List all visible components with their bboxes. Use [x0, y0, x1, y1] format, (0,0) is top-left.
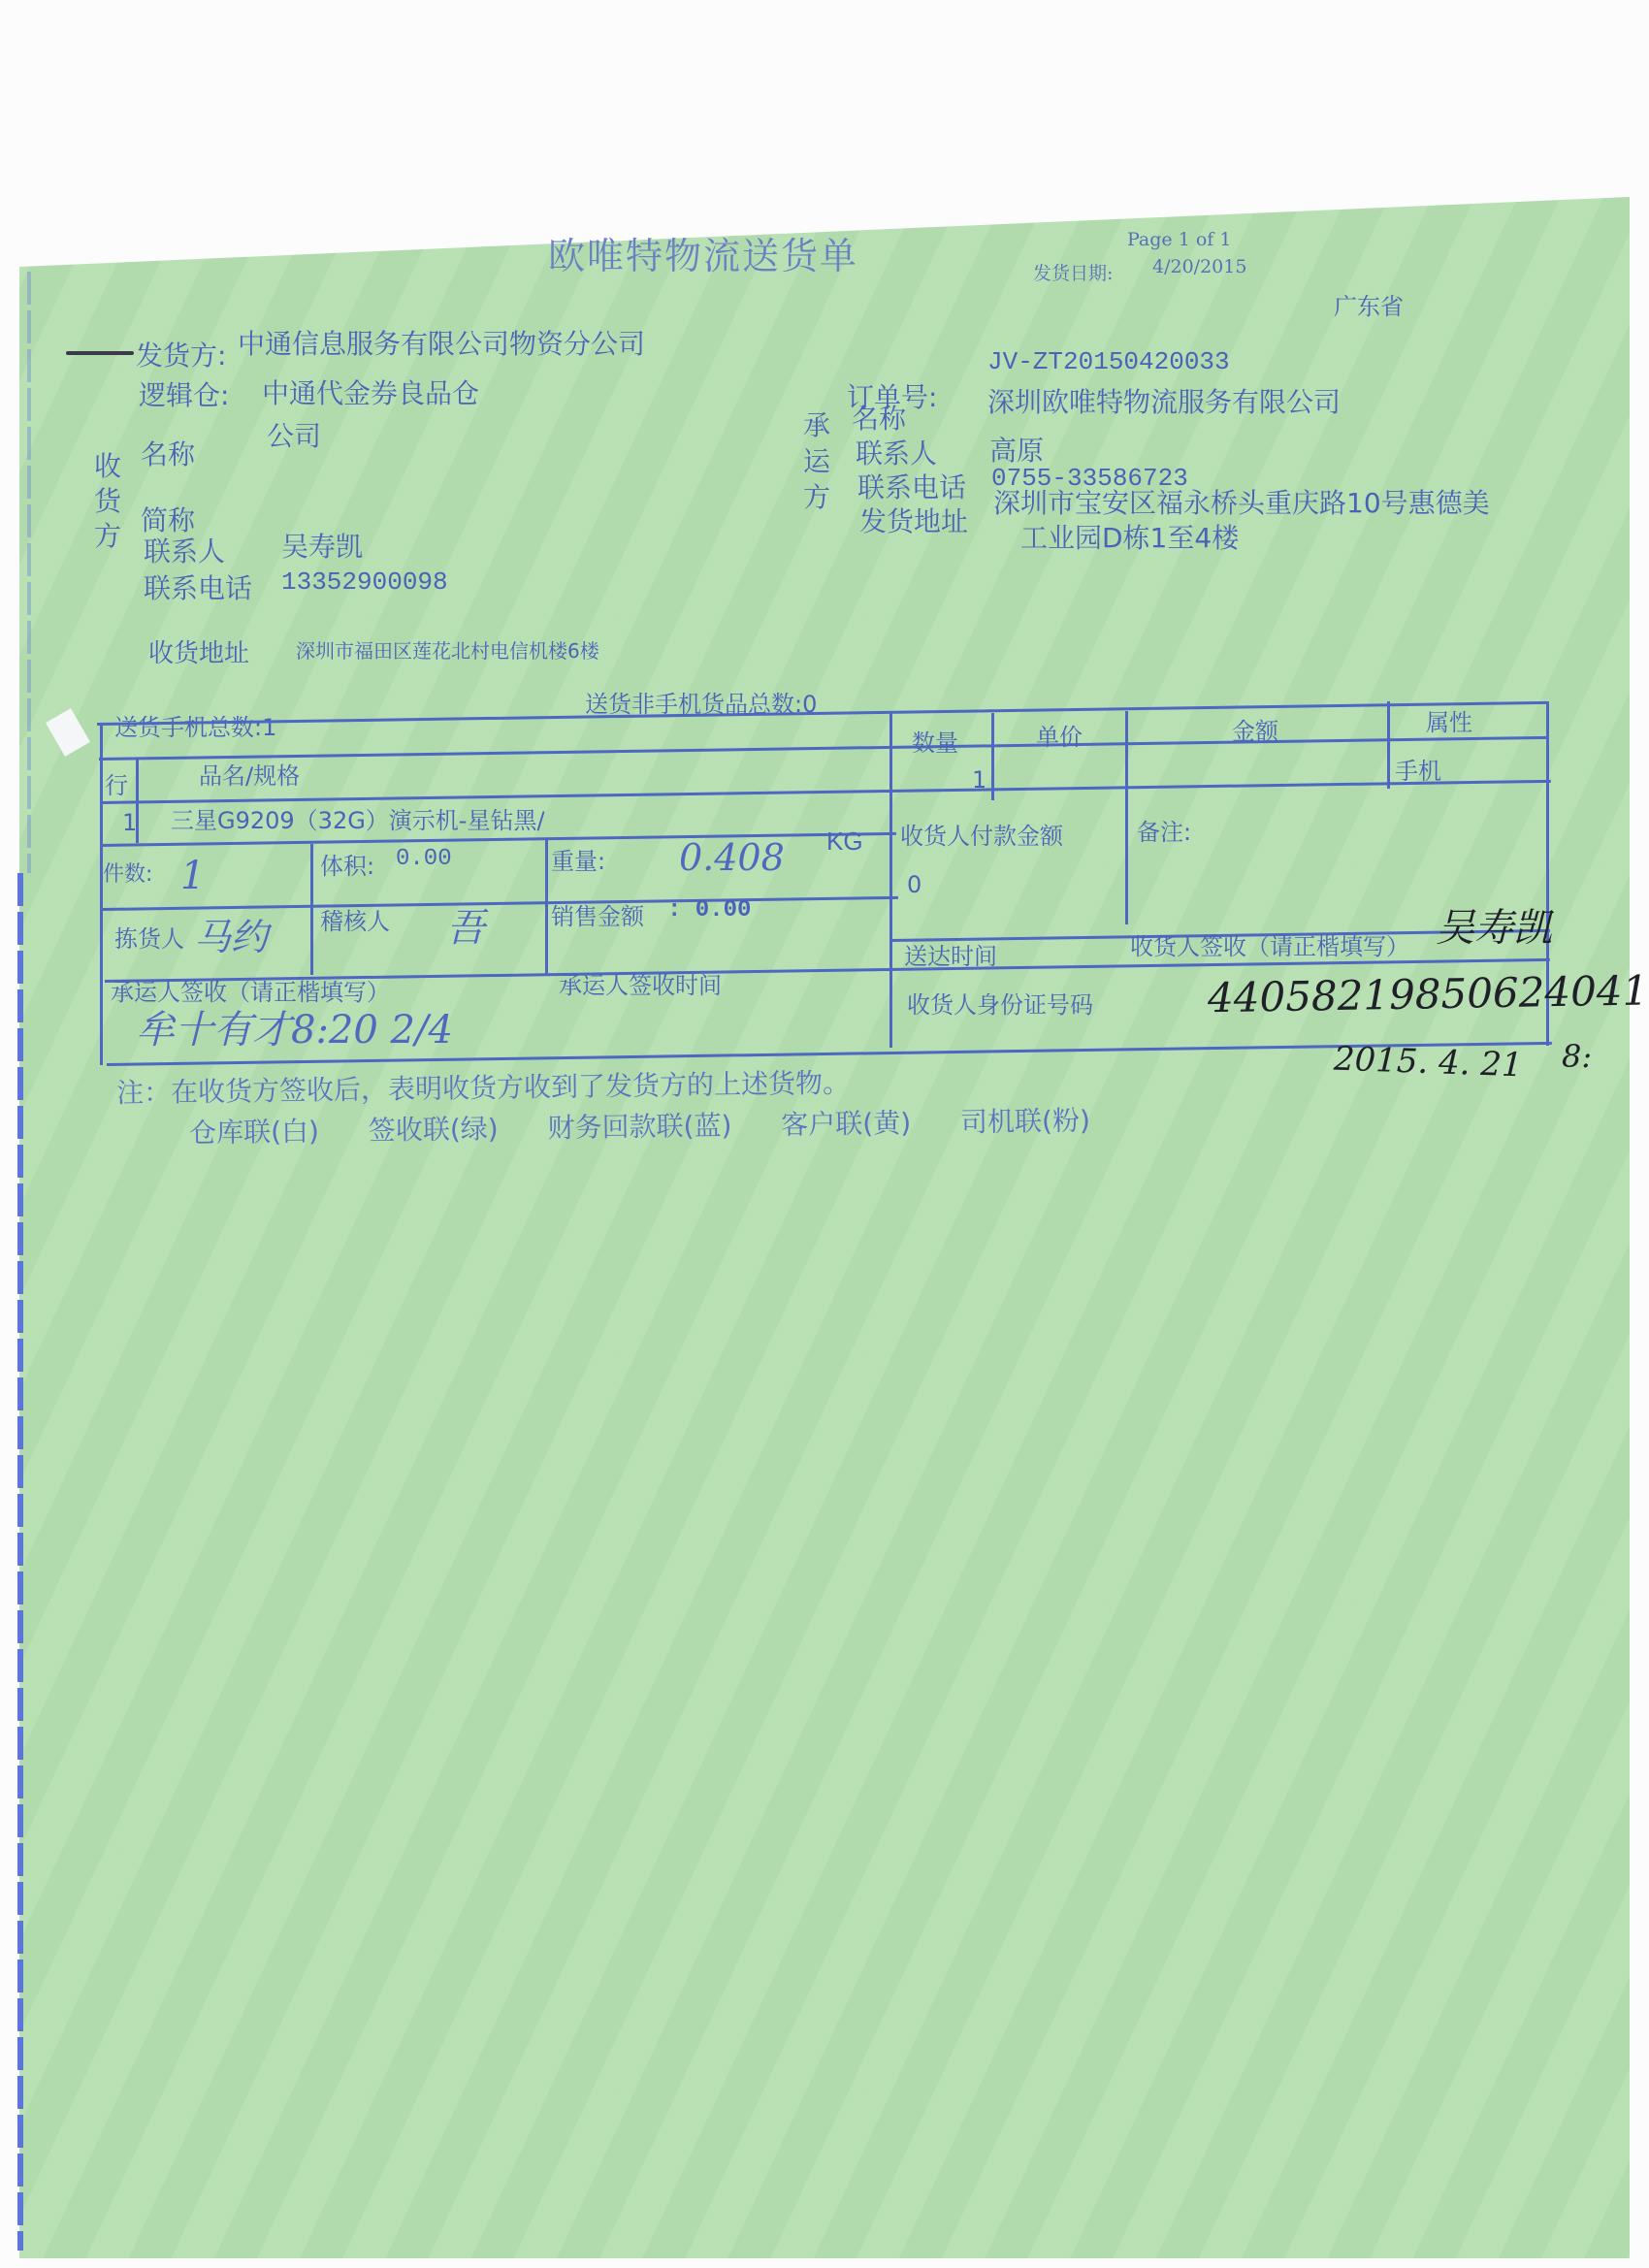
receiver-id-label: 收货人身份证号码 [907, 986, 1093, 1020]
col-divider-weight [545, 840, 548, 976]
header-qty: 数量 [912, 724, 958, 758]
col-divider-volume [310, 844, 313, 975]
ship-date-label: 发货日期: [1033, 259, 1113, 285]
carrier-name-label: 名称 [852, 398, 906, 437]
table-border-left [100, 723, 103, 1065]
receiver-id-number: 440582198506240416. [1208, 966, 1649, 1022]
total-phones: 送货手机总数:1 [114, 708, 276, 742]
remarks-label: 备注: [1137, 813, 1191, 847]
consignee-contact-label: 联系人 [144, 531, 225, 569]
row-item: 三星G9209（32G）演示机-星钻黑/ [171, 801, 545, 835]
shipper-label: 发货方: [136, 335, 226, 373]
receiver-sign-label: 收货人签收（请正楷填写） [1130, 927, 1409, 961]
header-attribute: 属性 [1426, 703, 1472, 737]
sales-amount-label: 销售金额 [551, 897, 644, 931]
copy-receipt: 签收联(绿) [369, 1113, 499, 1147]
row-qty: 1 [972, 766, 986, 794]
carrier-phone-label: 联系电话 [857, 467, 966, 505]
carrier-contact-label: 联系人 [856, 433, 937, 471]
col-divider-attr [1387, 701, 1390, 789]
perforation-edge-top [27, 272, 31, 873]
picker-signature: 马约 [194, 907, 268, 960]
pen-mark [66, 351, 134, 355]
row-attribute: 手机 [1395, 752, 1441, 786]
col-divider-price [991, 713, 994, 800]
copy-finance: 财务回款联(蓝) [547, 1110, 731, 1145]
carrier-section-label: 承运方 [801, 407, 832, 515]
volume-label: 体积: [320, 847, 374, 881]
sales-amount-value: : 0.00 [667, 897, 751, 923]
carrier-address-line1: 深圳市宝安区福永桥头重庆路10号惠德美 [993, 482, 1490, 521]
consignee-address: 深圳市福田区莲花北村电信机楼6楼 [296, 635, 599, 664]
header-unit-price: 单价 [1036, 718, 1083, 752]
copy-driver: 司机联(粉) [960, 1105, 1090, 1139]
receipt-time: 8: [1562, 1038, 1592, 1075]
auditor-signature: 吾 [446, 897, 485, 953]
volume-value: 0.00 [396, 846, 452, 872]
consignee-phone-label: 联系电话 [144, 567, 252, 606]
consignee-name-label: 名称 [141, 434, 195, 472]
consignee-address-label: 收货地址 [148, 633, 249, 669]
document-title: 欧唯特物流送货单 [548, 226, 858, 279]
consignee-contact: 吴寿凯 [281, 526, 363, 565]
copy-warehouse: 仓库联(白) [189, 1116, 319, 1150]
carrier-signature: 牟十有才8:20 2/4 [136, 999, 453, 1054]
warehouse-label: 逻辑仓: [139, 374, 229, 413]
auditor-label: 稽核人 [320, 902, 390, 936]
payment-label: 收货人付款金额 [900, 817, 1063, 851]
header-amount: 金额 [1232, 712, 1278, 746]
carrier-name: 深圳欧唯特物流服务有限公司 [987, 381, 1341, 420]
payment-value: 0 [907, 871, 921, 898]
consignee-name: 公司 [267, 415, 321, 454]
carrier-contact: 高原 [989, 430, 1044, 469]
copy-customer: 客户联(黄) [781, 1107, 911, 1141]
consignee-phone: 13352900098 [281, 567, 448, 597]
carrier-address-label: 发货地址 [859, 501, 968, 539]
delivery-time-label: 送达时间 [904, 937, 997, 971]
row-number: 1 [122, 809, 137, 836]
warehouse-name: 中通代金券良品仓 [262, 373, 479, 411]
pieces-label: 件数: [103, 858, 152, 888]
weight-value: 0.408 [679, 836, 785, 879]
carrier-sign-time-label: 承运人签收时间 [559, 966, 722, 1000]
col-divider-amount [1125, 711, 1128, 924]
receipt-date: 2015. 4. 21 [1333, 1040, 1523, 1085]
pieces-value: 1 [180, 854, 205, 898]
page-indicator: Page 1 of 1 [1127, 229, 1231, 250]
picker-label: 拣货人 [114, 920, 184, 954]
perforation-edge [17, 873, 23, 2251]
province: 广东省 [1334, 287, 1404, 321]
shipper-name: 中通信息服务有限公司物资分公司 [238, 323, 645, 362]
col-divider-qty [889, 713, 892, 1048]
header-item: 品名/规格 [199, 757, 300, 791]
receiver-signature: 吴寿凯 [1436, 897, 1552, 953]
consignee-section-label: 收货方 [92, 449, 123, 554]
header-row: 行 [105, 766, 128, 800]
carrier-address-line2: 工业园D栋1至4楼 [1020, 517, 1239, 556]
weight-unit: KG [826, 826, 863, 857]
ship-date: 4/20/2015 [1152, 256, 1246, 277]
weight-label: 重量: [551, 842, 605, 876]
order-number: JV-ZT20150420033 [987, 347, 1230, 376]
